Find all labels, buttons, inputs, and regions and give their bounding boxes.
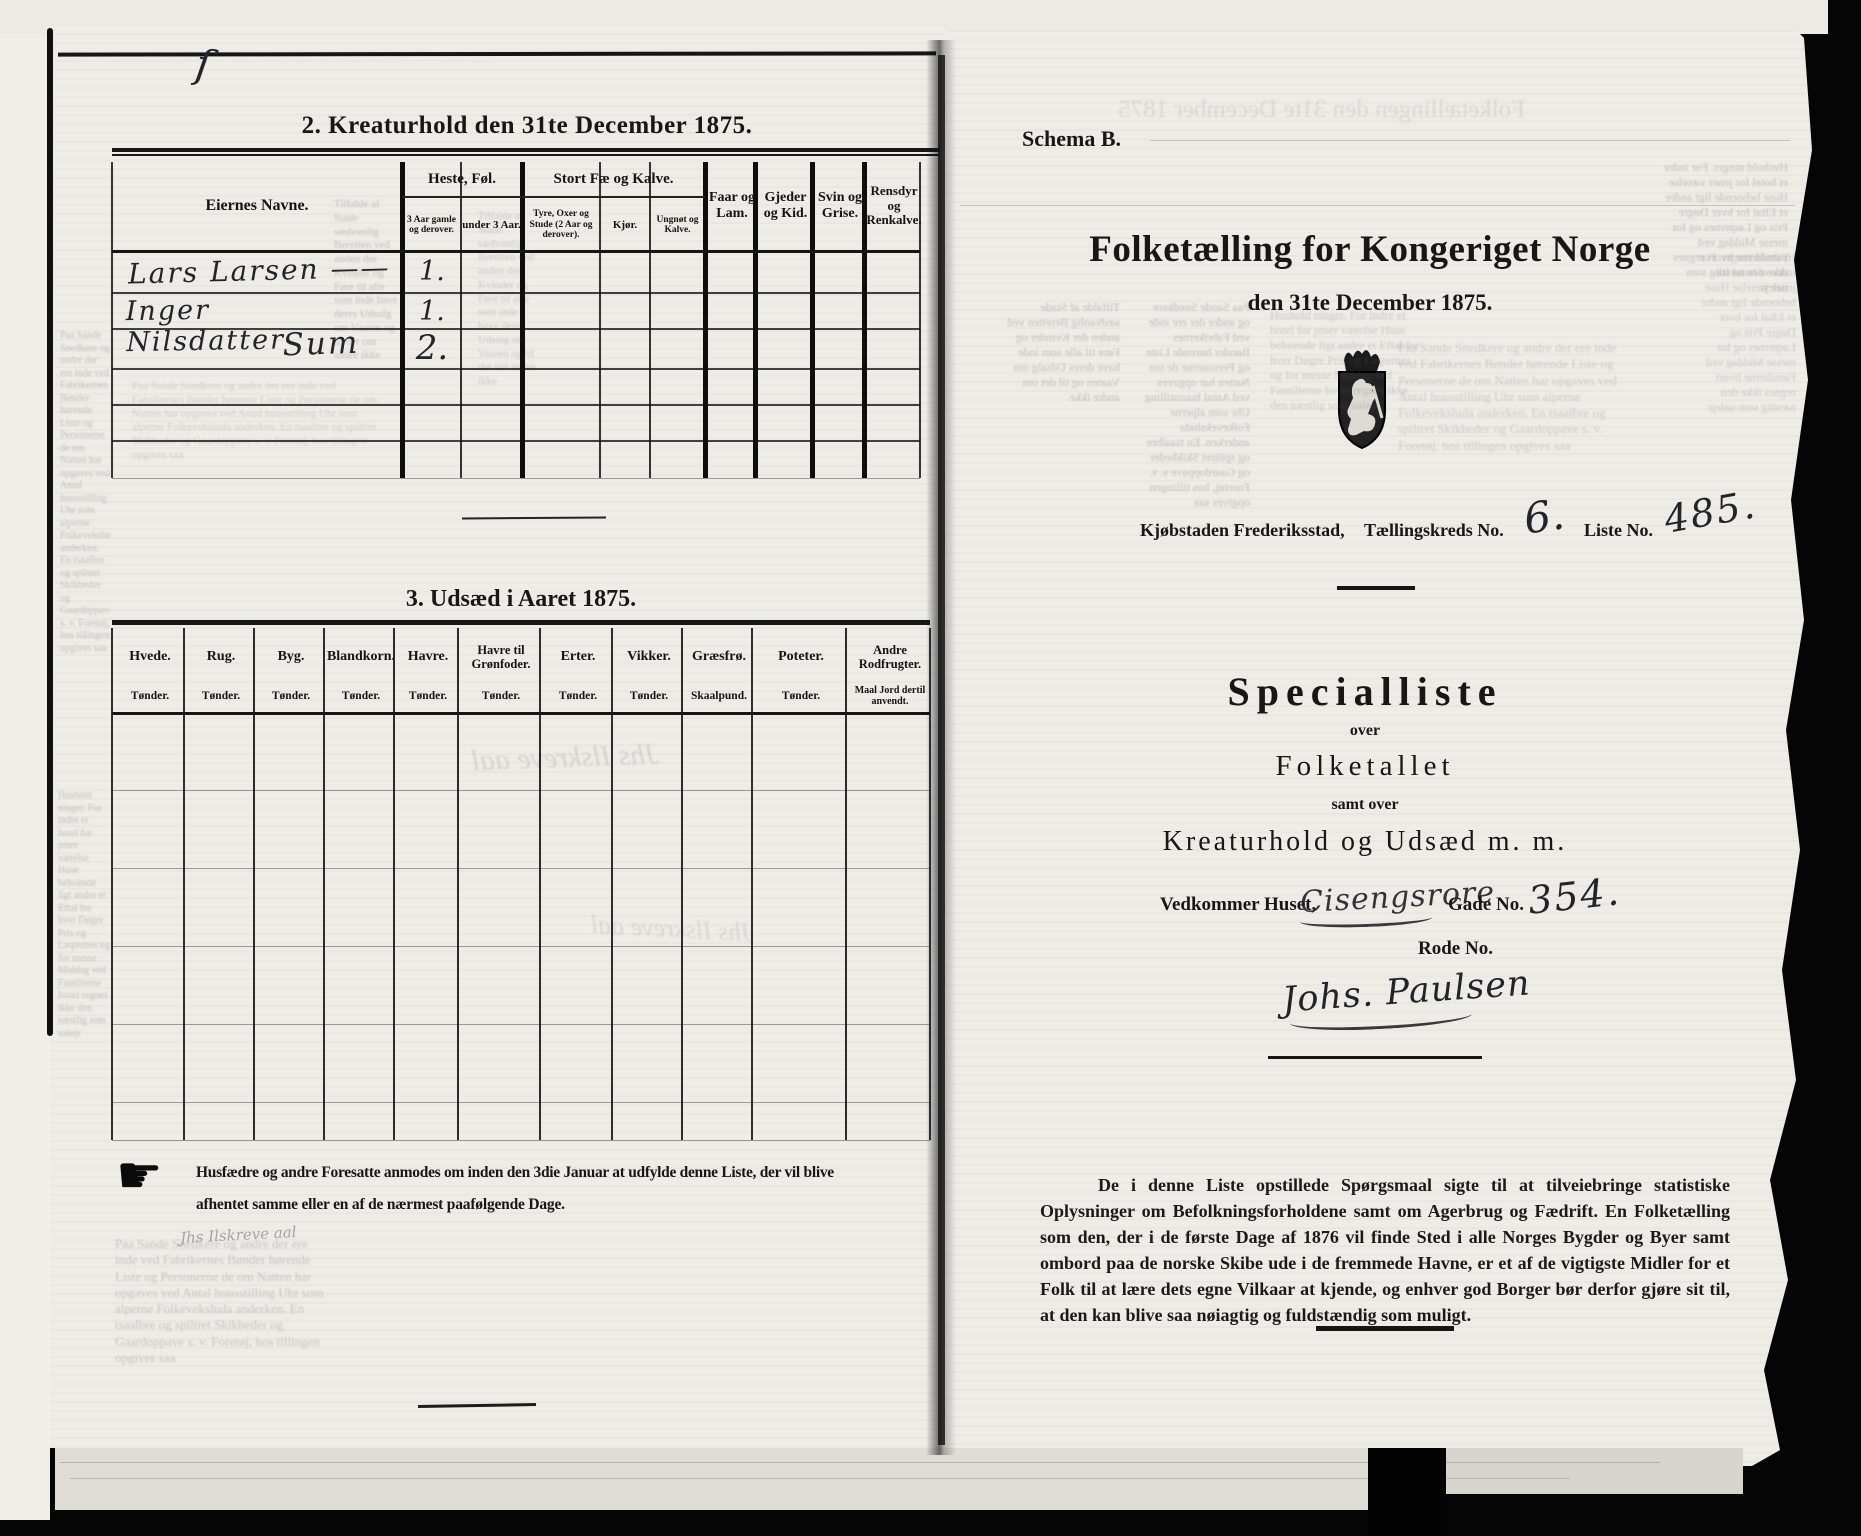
paragraph-end-rule (1316, 1326, 1454, 1331)
kreaturhold-udsaed-label: Kreaturhold og Udsæd m. m. (1120, 826, 1610, 858)
column-header-crop: Havre til Grønfoder. (458, 636, 544, 678)
gutter-line (938, 55, 945, 1445)
column-subheader: Tyre, Oxer og Stude (2 Aar og derover). (522, 200, 600, 250)
column-header-single: Faar og Lam. (705, 162, 759, 250)
bleed-text-block: Hushold ninger. For indre et hotel for j… (1696, 250, 1796, 850)
bleed-handwriting: Jhs Ilskreve aal (298, 736, 662, 858)
column-header-crop: Erter. (540, 636, 616, 678)
t3-header-bottom-rule (112, 712, 930, 715)
t2-group-divider (522, 196, 705, 198)
info-paragraph: De i denne Liste opstillede Spørgsmaal s… (1040, 1172, 1730, 1328)
t2-bottom-line (112, 478, 920, 479)
t3-row-line (112, 1102, 930, 1103)
handwritten-owner-name: Lars Larsen —— (128, 250, 399, 290)
samt-over-label: samt over (1120, 796, 1610, 814)
column-unit-label: Tønder. (324, 682, 398, 710)
rode-no-label: Rode No. (1418, 938, 1493, 960)
t2-top-rule-b (112, 154, 940, 156)
column-unit-label: Tønder. (254, 682, 328, 710)
t2-group-divider (402, 196, 522, 198)
vedkommer-huset-label: Vedkommer Huset, (1160, 894, 1316, 916)
column-subheader: Kjør. (600, 200, 650, 250)
bleed-text-block: Paa Sande Snedkere og andre der ere inde… (115, 1236, 330, 1492)
column-unit-label: Tønder. (752, 682, 850, 710)
kreaturhold-title: 2. Kreaturhold den 31te December 1875. (112, 112, 942, 140)
column-header-crop: Vikker. (612, 636, 686, 678)
column-header-crop: Rug. (184, 636, 258, 678)
column-unit-label: Tønder. (112, 682, 188, 710)
bleed-handwriting: Jhs Ilskreve aal (466, 903, 753, 1067)
handwritten-horse-count: 2. (404, 328, 460, 368)
column-header-crop: Poteter. (752, 636, 850, 678)
column-unit-label: Tønder. (184, 682, 258, 710)
column-subheader: 3 Aar gamle og derover. (402, 200, 461, 250)
column-unit-label: Tønder. (458, 682, 544, 710)
bleed-text-block: Tilfalde af Stade sædvanlig Beretten ved… (1004, 300, 1120, 570)
column-header-single: Rensdyr og Renkalve. (864, 162, 924, 250)
column-unit-label: Skaalpund. (682, 682, 756, 710)
handwritten-owner-name: Sum (245, 323, 396, 364)
scan-hole-black (1368, 1448, 1446, 1536)
t2-top-rule-a (112, 148, 940, 152)
gade-no-label: Gade No. (1448, 894, 1524, 916)
scanner-left-strip (0, 0, 50, 1520)
left-page-spine-line (47, 28, 53, 1036)
column-header-crop: Blandkorn. (324, 636, 398, 678)
district-small-rule (1337, 586, 1415, 590)
column-unit-label: Tønder. (394, 682, 462, 710)
column-group-header: Stort Fæ og Kalve. (522, 162, 705, 196)
t3-row-line (112, 1024, 930, 1025)
column-subheader: under 3 Aar. (461, 200, 522, 250)
bleed-text-block: Paa Sande Snedkere og andre der ere inde… (60, 330, 110, 760)
column-header-single: Svin og Grise. (812, 162, 868, 250)
scanned-census-document: ſ 2. Kreaturhold den 31te December 1875.… (0, 0, 1861, 1536)
handwritten-horse-count: 1. (404, 256, 460, 287)
bleed-text-block: Paa Sande Snedkere og andre der ere inde… (1142, 300, 1250, 730)
bleed-text-block: Paa Sande Snedkere og andre der ere inde… (132, 380, 382, 468)
t3-row-line (112, 790, 930, 791)
t3-row-line (112, 946, 930, 947)
footer-note-line1: Husfædre og andre Foresatte anmodes om i… (196, 1164, 941, 1182)
t2-row-line (112, 440, 920, 442)
column-header-crop: Havre. (394, 636, 462, 678)
bleed-rule (1150, 140, 1790, 141)
column-header-eiernes-navne: Eiernes Navne. (112, 162, 402, 250)
column-unit-label: Tønder. (612, 682, 686, 710)
column-unit-label: Tønder. (540, 682, 616, 710)
column-header-crop: Byg. (254, 636, 328, 678)
column-header-crop: Græsfrø. (682, 636, 756, 678)
bleed-text-block: Hushold ninger. For indre et hotel for j… (58, 790, 110, 1120)
bleed-text-block: Paa Sande Snedkere og andre der ere inde… (1398, 340, 1638, 560)
t2-header-bottom-rule (112, 250, 920, 253)
column-subheader: Ungnøt og Kalve. (650, 200, 705, 250)
bleed-text-block: Tilfalde af Stade sædvanlig Beretten ved… (478, 210, 536, 510)
t2-row-line (112, 404, 920, 406)
t3-row-line (112, 868, 930, 869)
t2-row-line (112, 368, 920, 370)
t3-top-rule (112, 620, 930, 625)
t3-bottom-line (112, 1140, 930, 1141)
column-header-crop: Andre Rodfrugter. (846, 636, 934, 678)
signature-rule (1268, 1056, 1482, 1059)
column-header-single: Gjeder og Kid. (755, 162, 816, 250)
footer-note-line2: afhentet samme eller en af de nærmest pa… (196, 1196, 796, 1214)
census-title: Folketælling for Kongeriget Norge (1075, 228, 1665, 271)
column-group-header: Heste, Føl. (402, 162, 522, 196)
column-unit-label: Maal Jord dertil anvendt. (846, 682, 934, 710)
bleed-mirrored-title: Folketællingen den 31te December 1875 (965, 94, 1525, 130)
manicule-right-icon: ☛ (116, 1146, 163, 1206)
folketallet-label: Folketallet (1120, 750, 1610, 783)
udsaed-title: 3. Udsæd i Aaret 1875. (112, 586, 930, 613)
handwritten-horse-count: 1. (404, 296, 460, 327)
column-header-crop: Hvede. (112, 636, 188, 678)
